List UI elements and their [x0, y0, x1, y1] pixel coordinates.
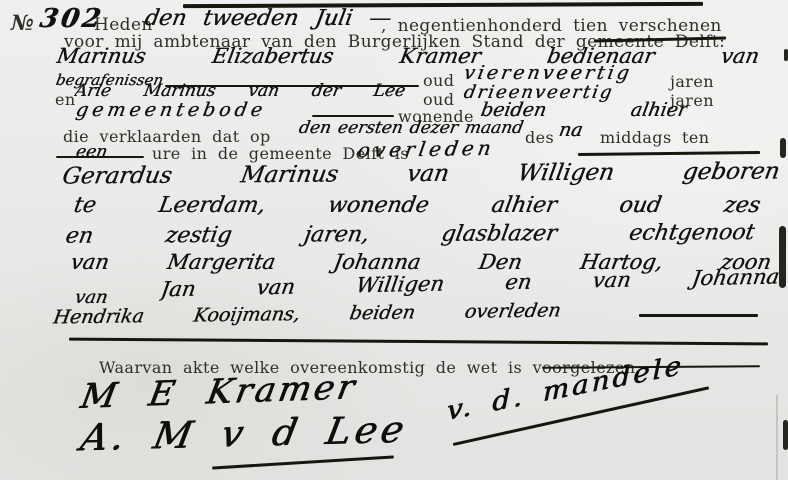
filler-rule-line14 [639, 314, 758, 317]
section-separator-rule [69, 338, 768, 345]
handwritten-declarant1-name: Marinus Elizabertus Kramer bedienaar van [55, 44, 761, 68]
handwritten-date: den tweeden Juli — [143, 6, 394, 31]
handwritten-mother-name-status: Hendrika Kooijmans, beiden overleden [52, 299, 563, 328]
handwritten-declarant2-occupation: gemeentebode [74, 99, 268, 121]
handwritten-occupation-spouse: en zestig jaren, glasblazer echtgenoot [64, 220, 757, 249]
handwritten-declarant2-name: Arie Marinus van der Lee [73, 81, 407, 101]
signature-declarant2: A. M v d Lee [77, 408, 411, 459]
handwritten-deceased-name: Gerardus Marinus van Willigen geboren [60, 159, 781, 190]
printed-jaren-1: jaren [670, 72, 714, 91]
handwritten-declarant1-age: vierenveertig [462, 62, 634, 84]
printed-des: des [525, 128, 554, 147]
printed-oud-1: oud [423, 71, 454, 90]
edge-artifact-1 [784, 49, 788, 61]
handwritten-overleden: overleden [356, 136, 497, 162]
handwritten-na: na [557, 119, 584, 141]
filler-rule-line8 [578, 151, 760, 155]
printed-middags-ten: middags ten [600, 128, 709, 147]
edge-artifact-2 [780, 138, 786, 158]
handwritten-death-hour: een [74, 142, 109, 162]
signature-declarant2-flourish [212, 455, 394, 469]
edge-artifact-4 [783, 420, 788, 450]
edge-shadow-line [776, 395, 778, 480]
handwritten-birthplace-age: te Leerdam, wonende alhier oud zes [72, 193, 762, 218]
filler-rule-line6 [312, 115, 394, 117]
edge-artifact-3 [779, 226, 786, 288]
certificate-scan: № 302 Heden den tweeden Juli — , negenti… [0, 0, 788, 480]
act-number-label: № [11, 10, 34, 35]
